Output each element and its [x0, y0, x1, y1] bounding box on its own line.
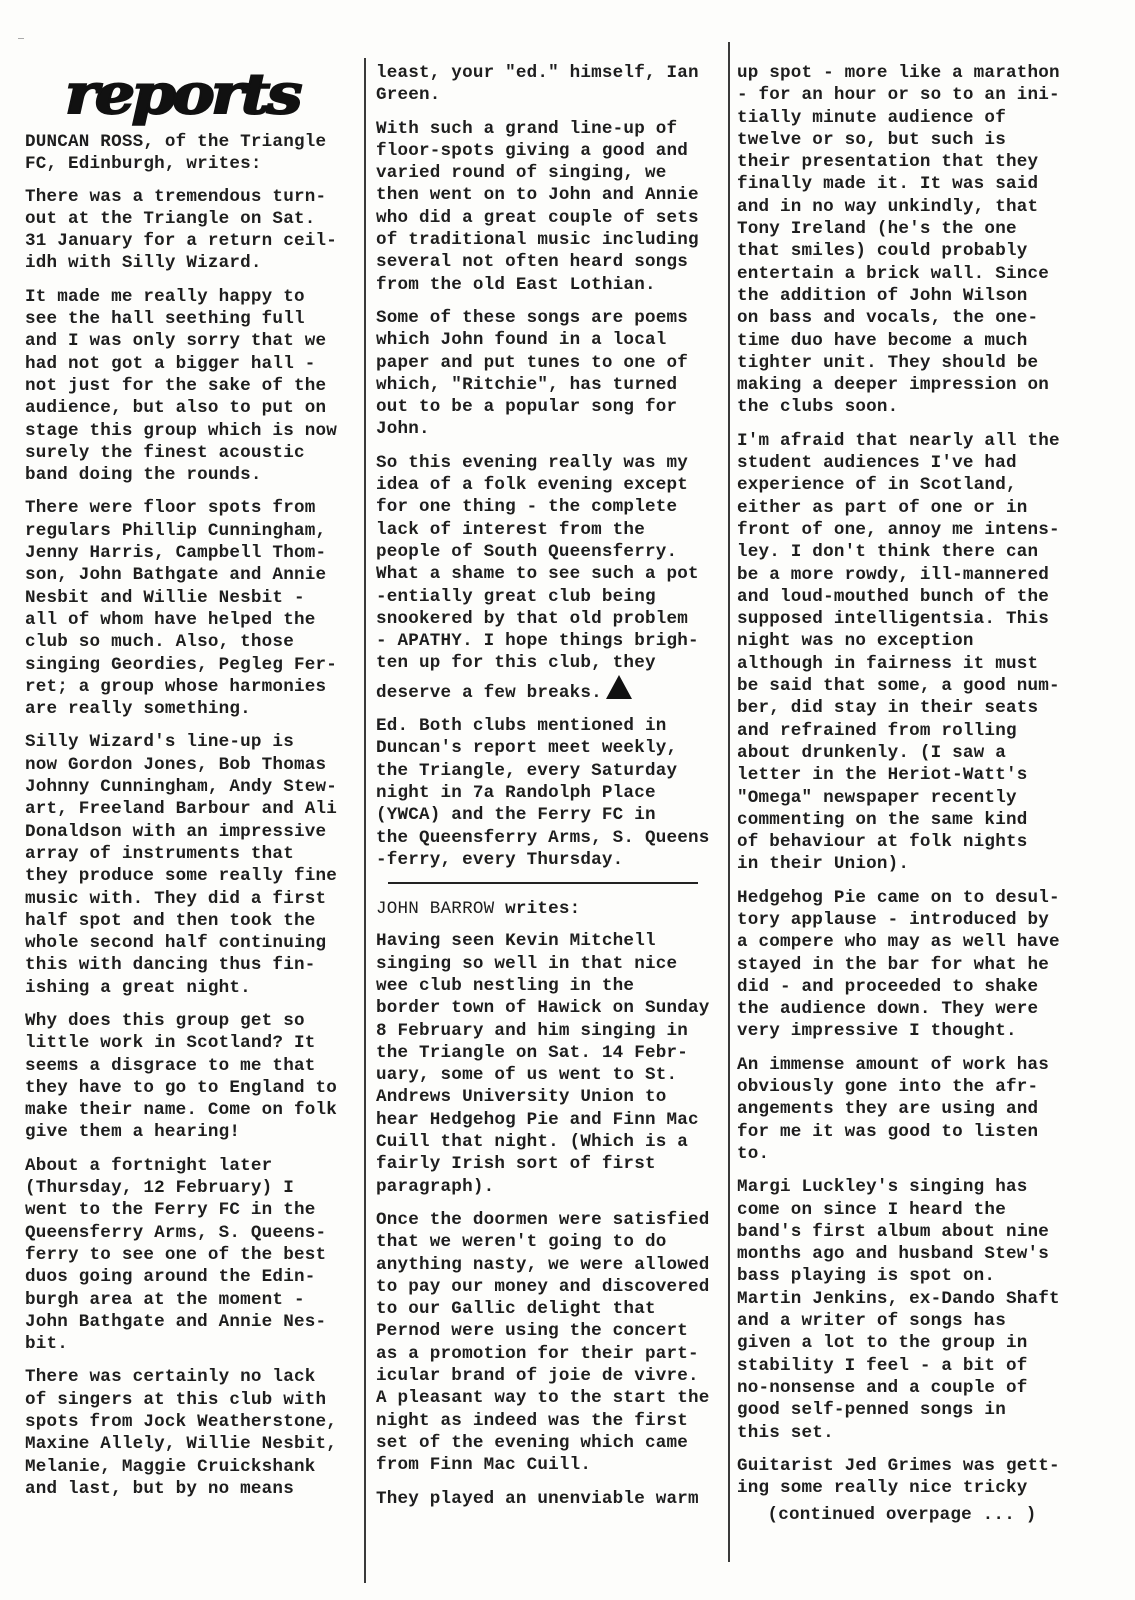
byline-john-barrow: JOHN BARROW writes: [376, 898, 726, 920]
editor-note: Ed. Both clubs mentioned in Duncan's rep… [376, 715, 726, 871]
page-heading: reports [65, 66, 410, 121]
paragraph: An immense amount of work has obviously … [737, 1054, 1107, 1165]
paragraph: Why does this group get so little work i… [25, 1010, 365, 1144]
paragraph: I'm afraid that nearly all the student a… [737, 430, 1107, 876]
paragraph: Guitarist Jed Grimes was gett- ing some … [737, 1455, 1107, 1500]
paragraph-with-marker: So this evening really was my idea of a … [376, 452, 726, 704]
column-3: up spot - more like a marathon - for an … [737, 62, 1107, 1600]
column-2: least, your "ed." himself, Ian Green. Wi… [376, 62, 726, 1600]
column-divider-2 [728, 42, 730, 1562]
paragraph: Once the doormen were satisfied that we … [376, 1209, 726, 1477]
paragraph: Having seen Kevin Mitchell singing so we… [376, 930, 726, 1198]
paragraph: Silly Wizard's line-up is now Gordon Jon… [25, 731, 365, 999]
paragraph: There were floor spots from regulars Phi… [25, 497, 365, 720]
author-name: JOHN BARROW [376, 899, 494, 919]
end-of-article-triangle-icon [606, 675, 632, 699]
paragraph: Some of these songs are poems which John… [376, 307, 726, 441]
column-1: reports DUNCAN ROSS, of the Triangle FC,… [25, 66, 365, 1600]
byline-duncan-ross: DUNCAN ROSS, of the Triangle FC, Edinbur… [25, 131, 365, 176]
section-rule [388, 882, 698, 884]
paragraph: There was a tremendous turn- out at the … [25, 186, 365, 275]
paragraph: Hedgehog Pie came on to desul- tory appl… [737, 887, 1107, 1043]
paragraph: With such a grand line-up of floor-spots… [376, 118, 726, 296]
continued-overpage-note: (continued overpage ... ) [737, 1504, 1107, 1526]
paragraph: least, your "ed." himself, Ian Green. [376, 62, 726, 107]
paragraph: It made me really happy to see the hall … [25, 286, 365, 487]
paragraph: About a fortnight later (Thursday, 12 Fe… [25, 1155, 365, 1356]
paragraph: Margi Luckley's singing has come on sinc… [737, 1176, 1107, 1444]
byline-suffix: writes: [494, 899, 580, 919]
paragraph: up spot - more like a marathon - for an … [737, 62, 1107, 419]
scan-speck [18, 38, 24, 39]
paragraph: There was certainly no lack of singers a… [25, 1366, 365, 1500]
paragraph: They played an unenviable warm [376, 1488, 726, 1510]
paragraph-text: So this evening really was my idea of a … [376, 453, 699, 703]
